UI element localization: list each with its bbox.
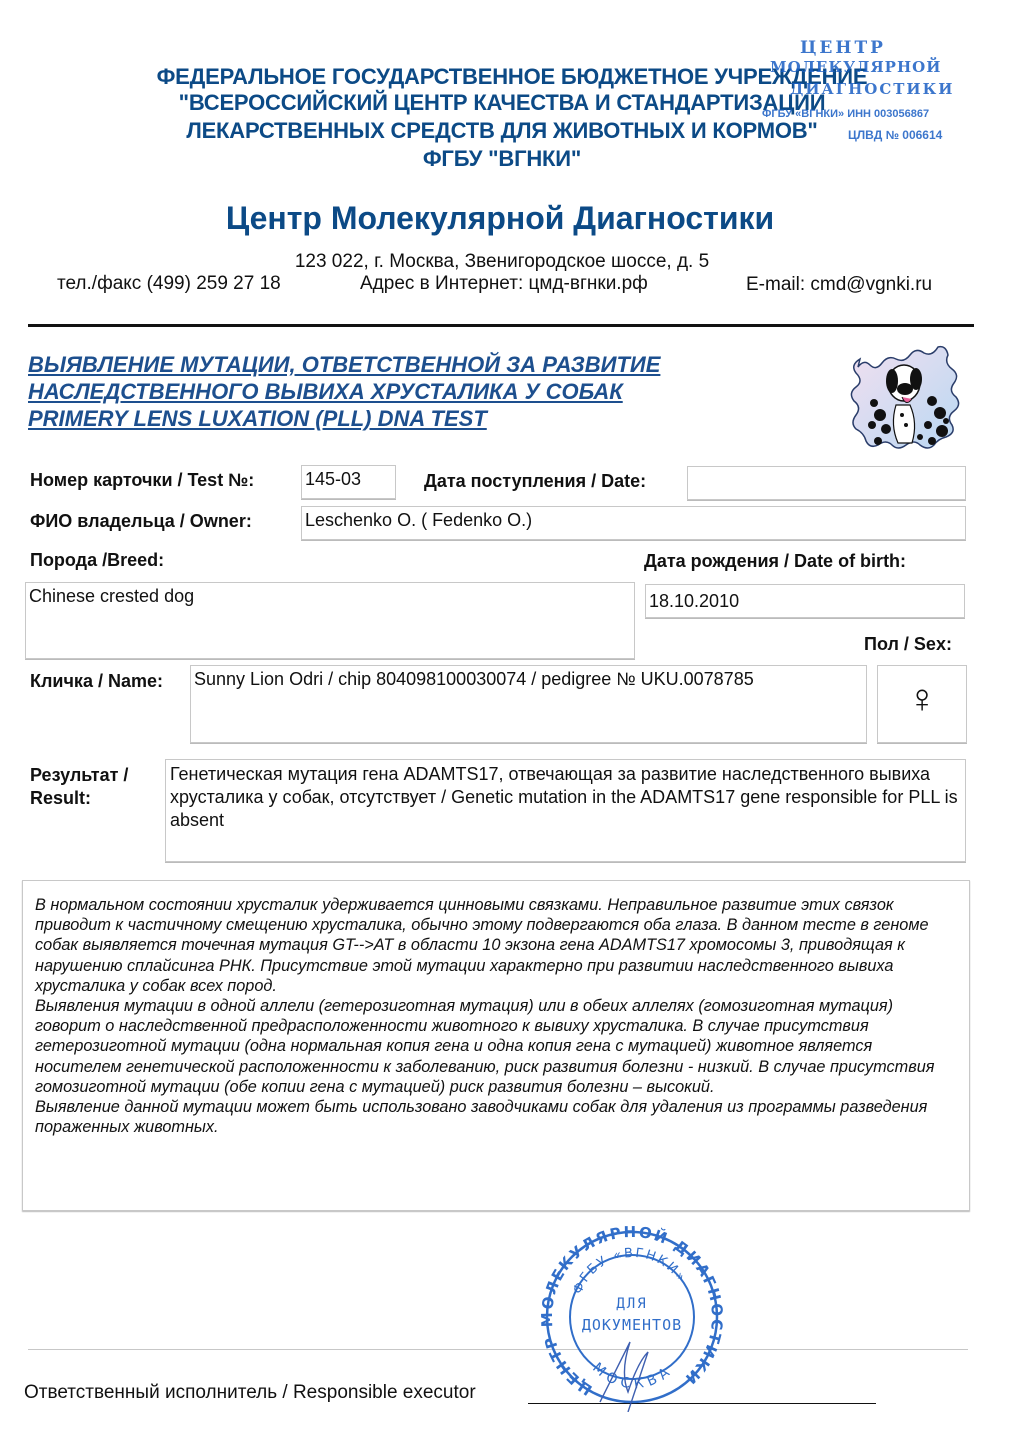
info-paragraph-1: В нормальном состоянии хрусталик удержив… [35,895,957,996]
top-stamp-line2: МОЛЕКУЛЯРНОЙ [770,58,941,76]
name-label: Кличка / Name: [30,671,163,692]
info-box: В нормальном состоянии хрусталик удержив… [22,880,970,1211]
org-line-4: ФГБУ "ВГНКИ" [0,146,1014,172]
dalmatian-logo-icon [846,345,966,457]
footer-divider [28,1349,968,1350]
test-title-line-1: ВЫЯВЛЕНИЕ МУТАЦИИ, ОТВЕТСТВЕННОЙ ЗА РАЗВ… [28,351,660,378]
test-title: ВЫЯВЛЕНИЕ МУТАЦИИ, ОТВЕТСТВЕННОЙ ЗА РАЗВ… [28,351,660,432]
executor-label: Ответственный исполнитель / Responsible … [24,1382,476,1404]
website[interactable]: Адрес в Интернет: цмд-вгнки.рф [360,273,648,295]
svg-text:МОСКВА: МОСКВА [589,1360,676,1393]
info-paragraph-2: Выявления мутации в одной аллели (гетеро… [35,996,957,1097]
top-stamp-line1: ЦЕНТР [800,38,886,58]
round-stamp-icon: ЦЕНТР МОЛЕКУЛЯРНОЙ ДИАГНОСТИКИ ФГБУ «ВГН… [540,1222,725,1412]
email[interactable]: E-mail: cmd@vgnki.ru [746,274,932,296]
phone: тел./факс (499) 259 27 18 [57,273,281,295]
test-title-line-3: PRIMERY LENS LUXATION (PLL) DNA TEST [28,405,660,432]
dob-field[interactable]: 18.10.2010 [645,584,965,618]
address: 123 022, г. Москва, Звенигородское шоссе… [0,251,1004,273]
owner-label: ФИО владельца / Owner: [30,511,252,532]
sex-label: Пол / Sex: [864,634,952,655]
header-divider [28,324,974,327]
breed-label: Порода /Breed: [30,550,164,571]
date-field[interactable] [687,466,966,500]
name-field[interactable]: Sunny Lion Odri / chip 804098100030074 /… [190,665,867,743]
result-field[interactable]: Генетическая мутация гена ADAMTS17, отве… [165,759,966,862]
owner-field[interactable]: Leschenko O. ( Fedenko O.) [301,506,966,540]
stamp-center-1: ДЛЯ [616,1296,647,1312]
test-title-line-2: НАСЛЕДСТВЕННОГО ВЫВИХА ХРУСТАЛИКА У СОБА… [28,378,660,405]
top-stamp-reg: ЦЛВД № 006614 [848,128,942,142]
info-paragraph-3: Выявление данной мутации может быть испо… [35,1097,957,1137]
sex-field[interactable]: ♀ [877,665,967,743]
test-no-label: Номер карточки / Test №: [30,470,254,491]
stamp-bottom: МОСКВА [589,1360,676,1393]
result-label-ru: Результат / [30,764,128,787]
dob-label: Дата рождения / Date of birth: [644,551,906,572]
center-title: Центр Молекулярной Диагностики [0,200,1000,237]
stamp-center-2: ДОКУМЕНТОВ [582,1316,682,1334]
top-stamp-inn: ФГБУ «ВГНКИ» ИНН 003056867 [762,108,929,120]
test-no-field[interactable]: 145-03 [301,465,396,499]
date-label: Дата поступления / Date: [424,471,646,492]
result-label-en: Result: [30,787,128,810]
breed-field[interactable]: Chinese crested dog [25,582,635,659]
female-symbol-icon: ♀ [907,676,937,722]
result-label: Результат / Result: [30,764,128,810]
top-stamp-line3: ДИАГНОСТИКИ [790,80,954,98]
